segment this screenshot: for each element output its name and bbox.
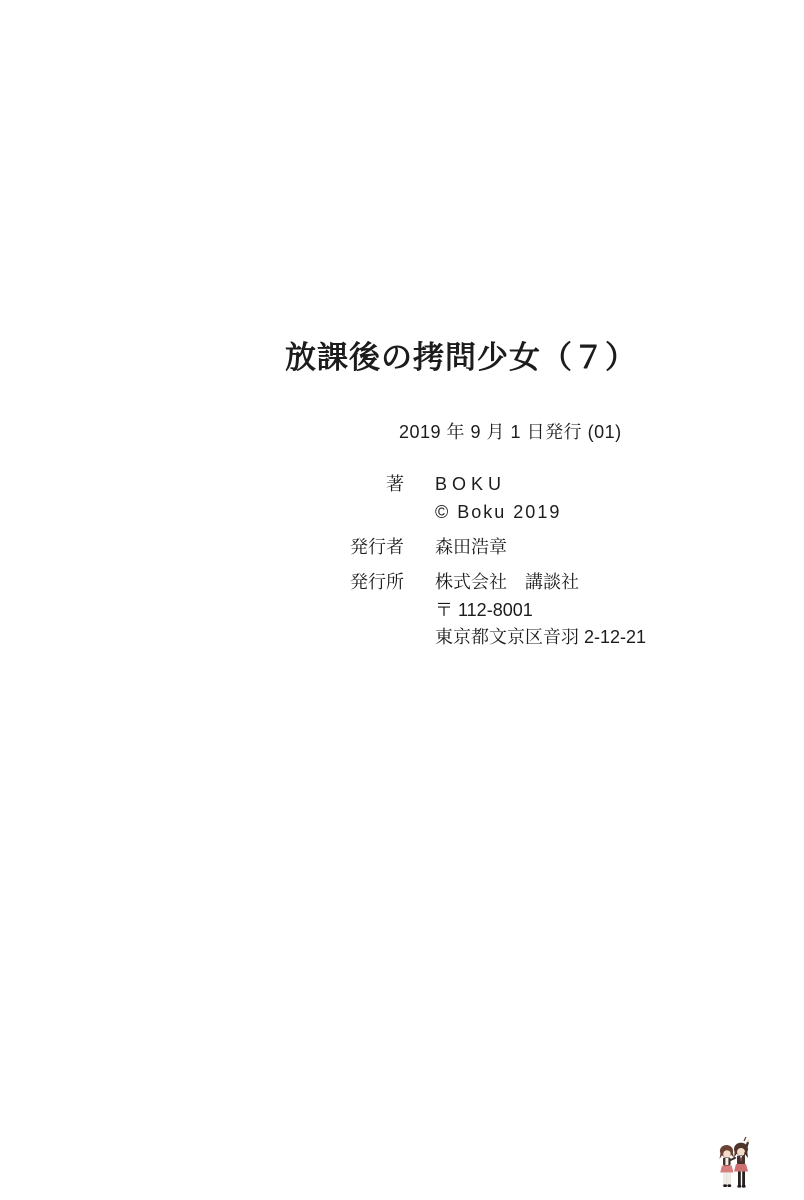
- publication-date: 2019 年 9 月 1 日発行 (01): [399, 422, 622, 443]
- publishing-office-label: 発行所: [348, 572, 404, 593]
- author-name: BOKU: [435, 474, 506, 495]
- author-label: 著: [348, 474, 404, 495]
- colophon-page: 放課後の拷問少女（７） 2019 年 9 月 1 日発行 (01) 著 BOKU…: [0, 0, 804, 1200]
- chibi-girl-right: [734, 1137, 750, 1188]
- book-title: 放課後の拷問少女（７）: [285, 340, 637, 376]
- publishing-office-postal-code: 〒 112-8001: [435, 600, 533, 621]
- publisher-label: 発行者: [348, 537, 404, 558]
- chibi-girl-left: [720, 1145, 736, 1187]
- publishing-office-company: 株式会社 講談社: [435, 572, 579, 593]
- chibi-girls-illustration: [713, 1131, 759, 1195]
- publisher-name: 森田浩章: [435, 537, 507, 558]
- publishing-office-address: 東京都文京区音羽 2-12-21: [435, 627, 646, 648]
- copyright-notice: © Boku 2019: [435, 502, 561, 523]
